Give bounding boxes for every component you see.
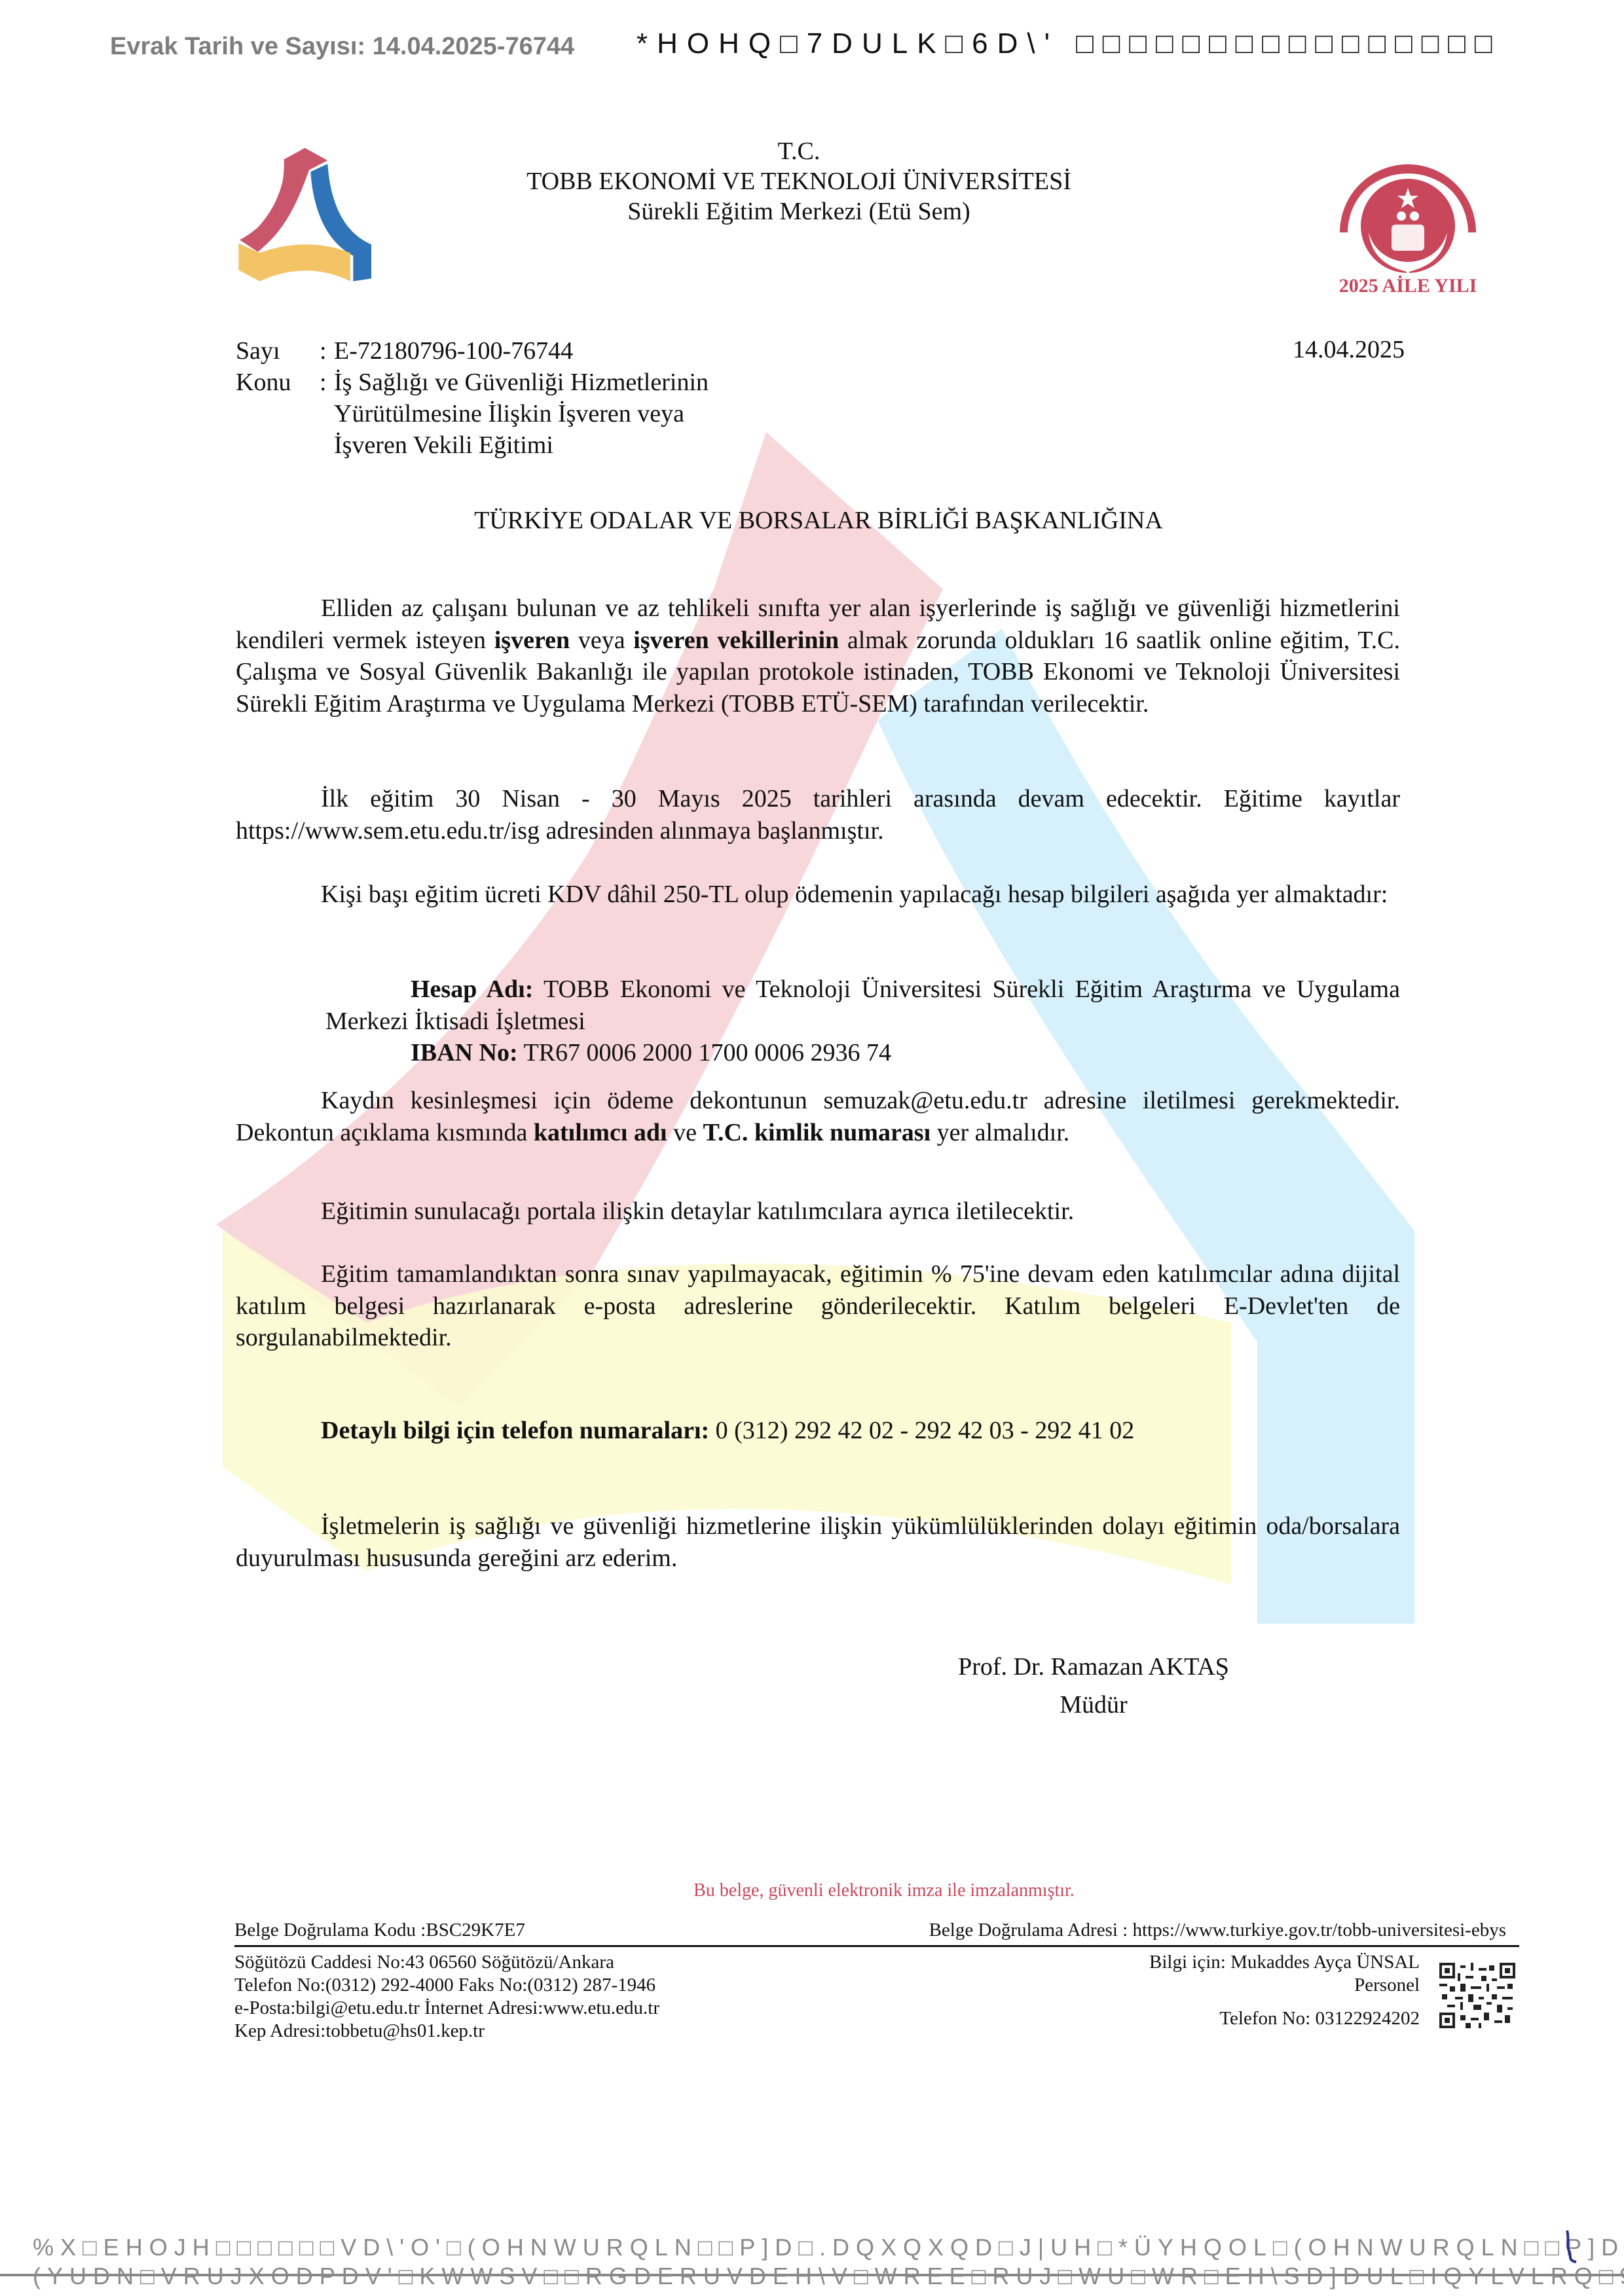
account-name-label: Hesap Adı:: [411, 975, 533, 1003]
paragraph-certificate: Eğitim tamamlandıktan sonra sınav yapılm…: [236, 1258, 1400, 1354]
info-contact-name: Bilgi için: Mukaddes Ayça ÜNSAL: [1149, 1951, 1420, 1974]
document-date: 14.04.2025: [1277, 335, 1405, 364]
konu-row: Konu : İş Sağlığı ve Güvenliği Hizmetler…: [236, 367, 709, 461]
paragraph-portal: Eğitimin sunulacağı portala ilişkin deta…: [236, 1195, 1400, 1228]
sayi-label: Sayı: [236, 335, 320, 367]
letterhead-university: TOBB EKONOMİ VE TEKNOLOJİ ÜNİVERSİTESİ: [458, 166, 1139, 196]
pen-mark-icon: [1562, 2229, 1581, 2265]
address-line: Söğütözü Caddesi No:43 06560 Söğütözü/An…: [234, 1951, 659, 1974]
paragraph-intro: Elliden az çalışanı bulunan ve az tehlik…: [236, 592, 1400, 720]
contact-phones: Detaylı bilgi için telefon numaraları: 0…: [321, 1416, 1134, 1445]
konu-line: İşveren Vekili Eğitimi: [334, 429, 709, 461]
iban-label: IBAN No:: [411, 1039, 518, 1066]
info-contact-phone: Telefon No: 03122924202: [1149, 2007, 1420, 2030]
address-line: Kep Adresi:tobbetu@hs01.kep.tr: [234, 2020, 659, 2043]
encoded-stamp-line: %X□EHOJH□□□□□□VD\'O'□(OHNWURQLN□□P]D□.DQ…: [33, 2234, 1624, 2261]
paragraph-schedule: İlk eğitim 30 Nisan - 30 Mayıs 2025 tari…: [236, 783, 1400, 847]
encoded-header-text: *HOHQ□7DULK□6D\' □□□□□□□□□□□□□□□□: [637, 27, 1501, 60]
paragraph-closing: İşletmelerin iş sağlığı ve güvenliği hiz…: [236, 1510, 1400, 1574]
info-contact: Bilgi için: Mukaddes Ayça ÜNSAL Personel…: [1149, 1951, 1420, 2030]
qr-code-icon[interactable]: [1439, 1963, 1515, 2028]
letterhead-center: Sürekli Eğitim Merkezi (Etü Sem): [458, 196, 1139, 227]
document-date-number: Evrak Tarih ve Sayısı: 14.04.2025-76744: [110, 33, 574, 61]
contact-label: Detaylı bilgi için telefon numaraları:: [321, 1417, 709, 1444]
institution-address: Söğütözü Caddesi No:43 06560 Söğütözü/An…: [234, 1951, 659, 2043]
signature-block: Prof. Dr. Ramazan AKTAŞ Müdür: [904, 1648, 1283, 1724]
signer-title: Müdür: [904, 1686, 1283, 1724]
tobb-etu-logo-icon: [223, 134, 393, 298]
iban-value: TR67 0006 2000 1700 0006 2936 74: [518, 1039, 891, 1066]
family-year-label: 2025 AİLE YILI: [1329, 275, 1486, 297]
address-line: Telefon No:(0312) 292-4000 Faks No:(0312…: [234, 1974, 659, 1997]
konu-label: Konu: [236, 367, 320, 461]
address-line: e-Posta:bilgi@etu.edu.tr İnternet Adresi…: [234, 1997, 659, 2020]
paragraph-registration: Kaydın kesinleşmesi için ödeme dekontunu…: [236, 1085, 1400, 1148]
konu-line: İş Sağlığı ve Güvenliği Hizmetlerinin: [334, 367, 709, 398]
document-meta: Sayı : E-72180796-100-76744 Konu : İş Sa…: [236, 335, 709, 461]
konu-line: Yürütülmesine İlişkin İşveren veya: [334, 398, 709, 429]
contact-numbers: 0 (312) 292 42 02 - 292 42 03 - 292 41 0…: [709, 1417, 1134, 1444]
signer-name: Prof. Dr. Ramazan AKTAŞ: [904, 1648, 1283, 1686]
bank-account-info: Hesap Adı: TOBB Ekonomi ve Teknoloji Üni…: [325, 974, 1400, 1069]
sayi-row: Sayı : E-72180796-100-76744: [236, 335, 709, 367]
info-contact-role: Personel: [1149, 1974, 1420, 1997]
letterhead: T.C. TOBB EKONOMİ VE TEKNOLOJİ ÜNİVERSİT…: [458, 136, 1139, 227]
verification-code: Belge Doğrulama Kodu :BSC29K7E7: [234, 1920, 525, 1941]
sayi-value: E-72180796-100-76744: [334, 335, 573, 367]
addressee: TÜRKİYE ODALAR VE BORSALAR BİRLİĞİ BAŞKA…: [236, 506, 1401, 535]
paragraph-fee: Kişi başı eğitim ücreti KDV dâhil 250-TL…: [236, 879, 1400, 911]
encoded-stamp-line: (YUDN□VRUJXODPDV'□KWWSV□□RGDERUVDEH\V□WR…: [33, 2263, 1624, 2290]
esignature-notice: Bu belge, güvenli elektronik imza ile im…: [655, 1880, 1113, 1901]
letterhead-tc: T.C.: [458, 136, 1139, 166]
footer-divider: [234, 1945, 1519, 1947]
verification-address[interactable]: Belge Doğrulama Adresi : https://www.tur…: [929, 1920, 1506, 1941]
